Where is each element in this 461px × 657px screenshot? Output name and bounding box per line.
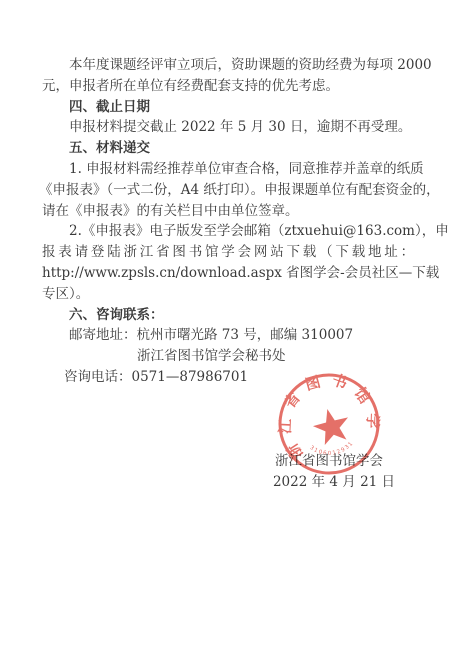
secretariat-line: 浙江省图书馆学会秘书处 xyxy=(42,346,422,367)
paragraph-line: 报表请登陆浙江省图书馆学会网站下载（下载地址： xyxy=(42,242,422,263)
mailing-address-line: 邮寄地址：杭州市曙光路 73 号，邮编 310007 xyxy=(42,325,422,346)
paragraph-line: 专区）。 xyxy=(42,284,422,305)
download-url-line: http://www.zpsls.cn/download.aspx 省图学会-会… xyxy=(42,263,422,284)
section-heading-contact: 六、咨询联系： xyxy=(42,305,422,326)
section-heading-submission: 五、材料递交 xyxy=(42,138,422,159)
signature-organization: 浙江省图书馆学会 xyxy=(248,451,410,472)
signature-date: 2022 年 4 月 21 日 xyxy=(248,472,410,493)
paragraph-line: 本年度课题经评审立项后，资助课题的资助经费为每项 2000 xyxy=(42,55,422,76)
seal-star-icon xyxy=(310,405,353,447)
paragraph-line: 《申报表》（一式二份，A4 纸打印）。申报课题单位有配套资金的， xyxy=(39,180,422,201)
paragraph-line: 元，申报者所在单位有经费配套支持的优先考虑。 xyxy=(42,76,422,97)
paragraph-line: 请在《申报表》的有关栏目中由单位签章。 xyxy=(42,201,422,222)
signature-block: 浙江省图书馆学会 2022 年 4 月 21 日 xyxy=(248,451,410,493)
paragraph-line: 1. 申报材料需经推荐单位审查合格，同意推荐并盖章的纸质 xyxy=(42,159,422,180)
section-heading-deadline: 四、截止日期 xyxy=(42,97,422,118)
document-page: 本年度课题经评审立项后，资助课题的资助经费为每项 2000 元，申报者所在单位有… xyxy=(0,0,461,657)
document-body: 本年度课题经评审立项后，资助课题的资助经费为每项 2000 元，申报者所在单位有… xyxy=(42,55,422,388)
phone-line: 咨询电话：0571—87986701 xyxy=(42,367,422,388)
paragraph-line: 申报材料提交截止 2022 年 5 月 30 日，逾期不再受理。 xyxy=(42,117,422,138)
paragraph-line: 2.《申报表》电子版发至学会邮箱（ztxuehui@163.com），申 xyxy=(42,221,422,242)
